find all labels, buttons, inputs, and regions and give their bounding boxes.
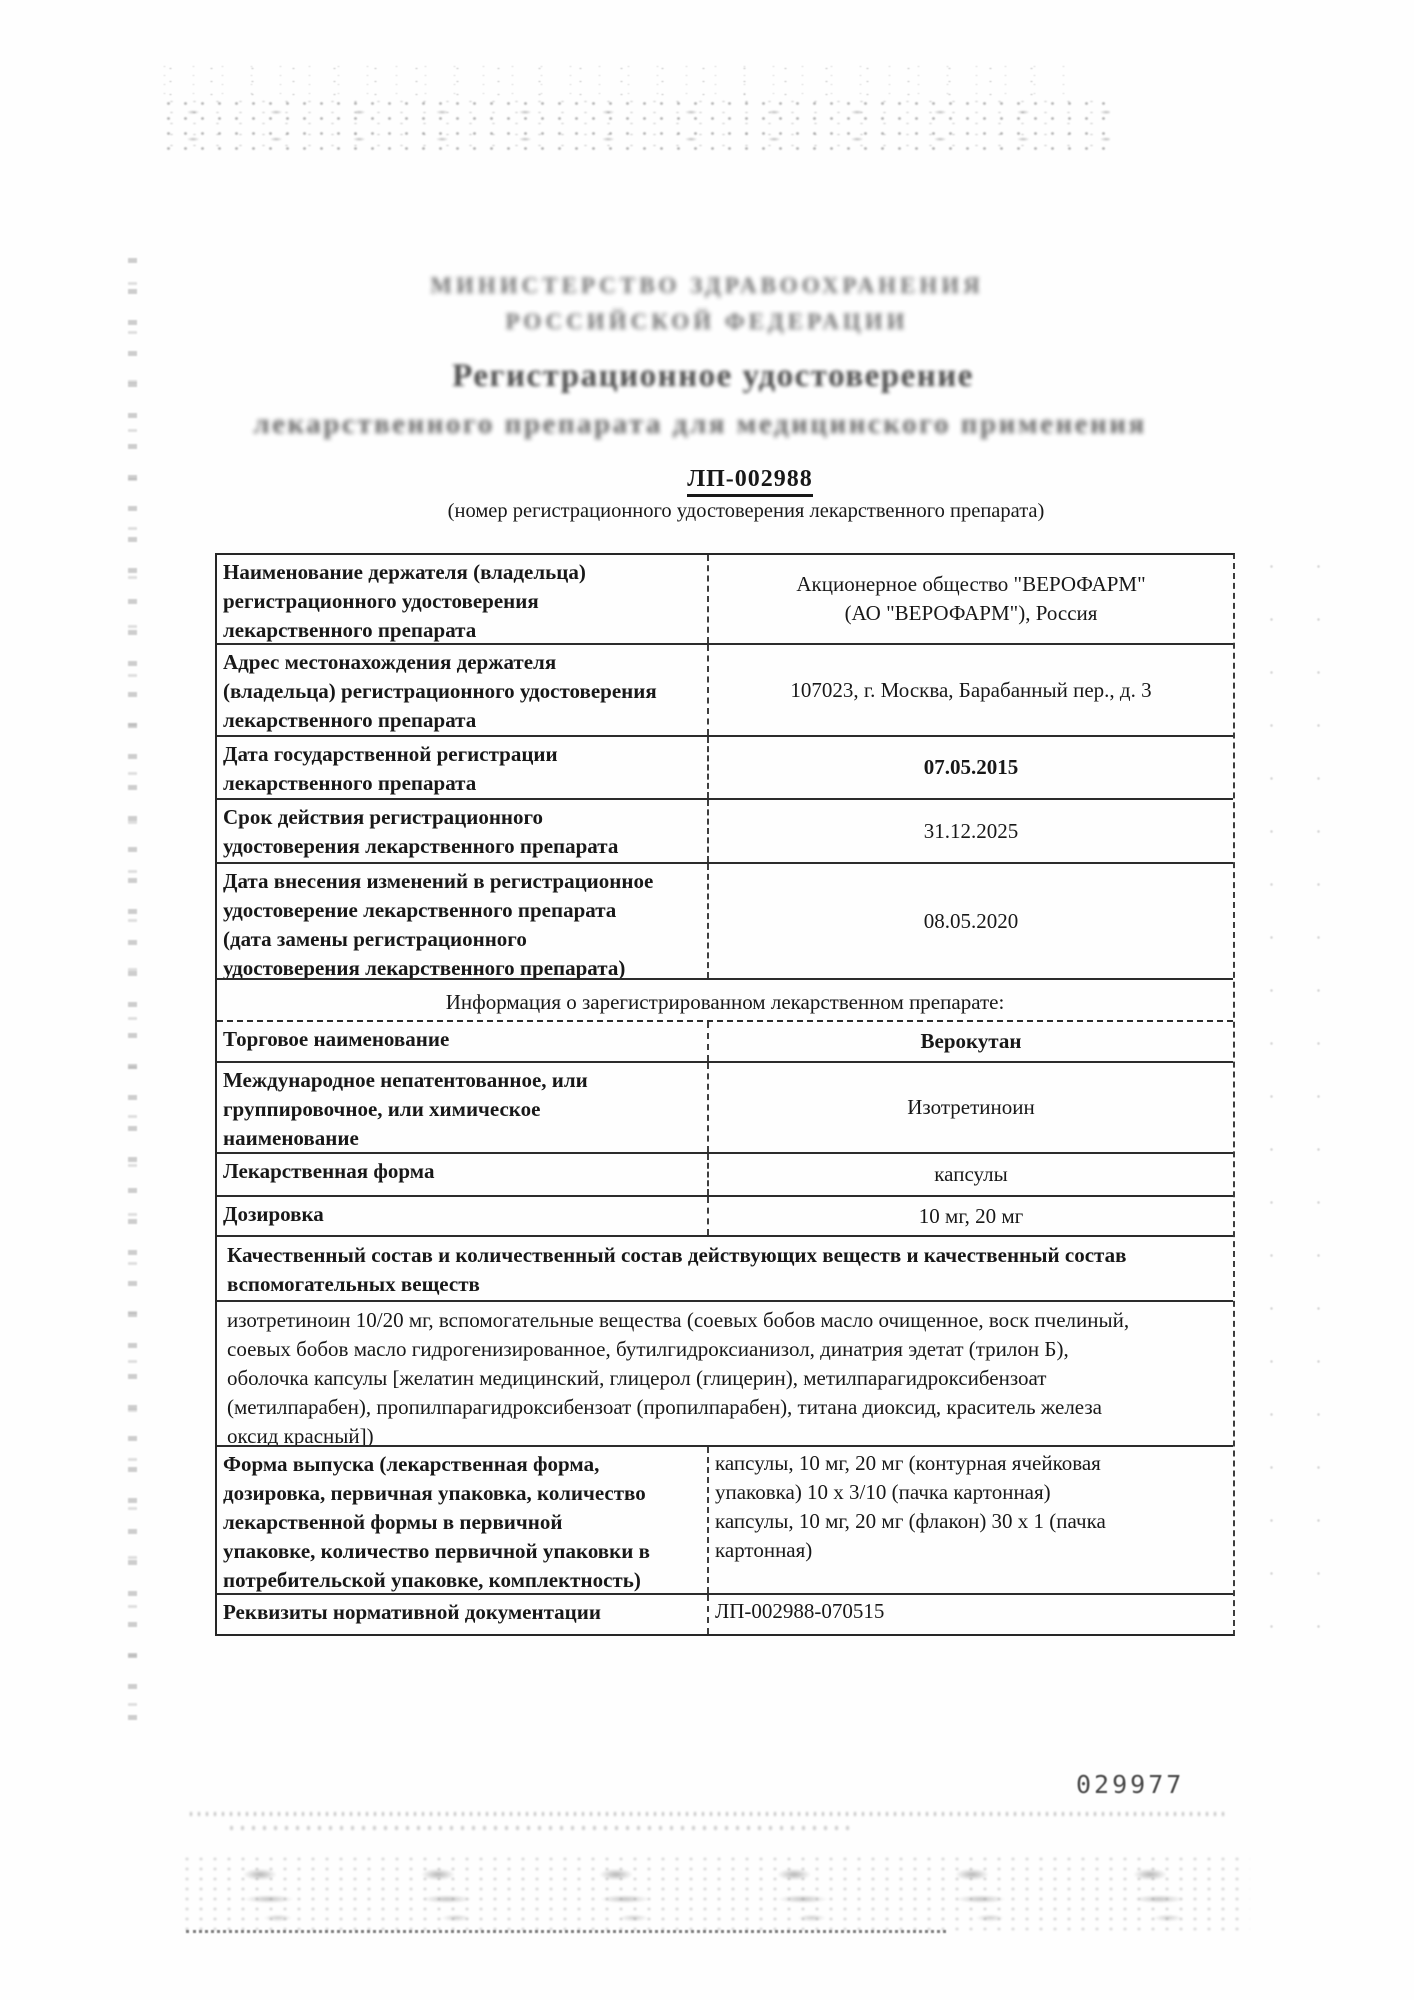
row-label: Срок действия регистрационного удостовер… — [217, 800, 709, 862]
table-row-release-form: Форма выпуска (лекарственная форма, дози… — [217, 1447, 1233, 1595]
table-row-holder-address: Адрес местонахождения держателя (владель… — [217, 645, 1233, 737]
row-value: капсулы, 10 мг, 20 мг (контурная ячейков… — [709, 1447, 1233, 1593]
row-value: капсулы — [709, 1154, 1233, 1195]
table-row-trade-name: Торговое наименование Верокутан — [217, 1022, 1233, 1063]
table-row-validity-date: Срок действия регистрационного удостовер… — [217, 800, 1233, 864]
table-row-amendment-date: Дата внесения изменений в регистрационно… — [217, 864, 1233, 980]
table-row-holder-name: Наименование держателя (владельца) регис… — [217, 555, 1233, 645]
row-label: Дата государственной регистрации лекарст… — [217, 737, 709, 798]
scan-noise-microtext-line — [190, 1812, 1230, 1816]
scan-noise-microtext-line-2 — [230, 1826, 850, 1830]
row-label: Адрес местонахождения держателя (владель… — [217, 645, 709, 735]
document-title: Регистрационное удостоверение — [6, 358, 1414, 395]
registration-number-caption: (номер регистрационного удостоверения ле… — [39, 500, 1414, 523]
composition-text: изотретиноин 10/20 мг, вспомогательные в… — [217, 1302, 1233, 1445]
row-label: Дата внесения изменений в регистрационно… — [217, 864, 709, 978]
table-row-dosage-form: Лекарственная форма капсулы — [217, 1154, 1233, 1197]
row-value: 08.05.2020 — [709, 864, 1233, 978]
table-row-normative-docs: Реквизиты нормативной документации ЛП-00… — [217, 1595, 1233, 1634]
registration-number: ЛП-002988 — [43, 466, 1414, 497]
row-label: Лекарственная форма — [217, 1154, 709, 1195]
table-section-composition-header: Качественный состав и количественный сос… — [217, 1237, 1233, 1302]
scan-noise-dotted-line — [186, 1930, 946, 1933]
row-value: 10 мг, 20 мг — [709, 1197, 1233, 1235]
row-label: Торговое наименование — [217, 1022, 709, 1061]
row-label: Форма выпуска (лекарственная форма, дози… — [217, 1447, 709, 1593]
composition-header-text: Качественный состав и количественный сос… — [217, 1237, 1233, 1300]
table-row-registration-date: Дата государственной регистрации лекарст… — [217, 737, 1233, 800]
registration-table: Наименование держателя (владельца) регис… — [215, 553, 1235, 1636]
row-label: Реквизиты нормативной документации — [217, 1595, 709, 1634]
row-value: 107023, г. Москва, Барабанный пер., д. 3 — [709, 645, 1233, 735]
row-label: Международное непатентованное, или групп… — [217, 1063, 709, 1152]
row-value: Верокутан — [709, 1022, 1233, 1061]
ministry-header: МИНИСТЕРСТВО ЗДРАВООХРАНЕНИЯ РОССИЙСКОЙ … — [0, 268, 1414, 340]
ministry-line-2: РОССИЙСКОЙ ФЕДЕРАЦИИ — [0, 304, 1414, 340]
table-row-inn-name: Международное непатентованное, или групп… — [217, 1063, 1233, 1154]
table-row-composition-text: изотретиноин 10/20 мг, вспомогательные в… — [217, 1302, 1233, 1447]
section-header-text: Информация о зарегистрированном лекарств… — [217, 980, 1233, 1020]
row-value: 07.05.2015 — [709, 737, 1233, 798]
row-value: 31.12.2025 — [709, 800, 1233, 862]
document-subtitle: лекарственного препарата для медицинског… — [0, 408, 1407, 441]
row-value: Акционерное общество "ВЕРОФАРМ" (АО "ВЕР… — [709, 555, 1233, 643]
stamp-serial-number: 029977 — [1076, 1770, 1184, 1799]
row-label: Наименование держателя (владельца) регис… — [217, 555, 709, 643]
table-section-info-header: Информация о зарегистрированном лекарств… — [217, 980, 1233, 1022]
scan-noise-stamp-band — [180, 1854, 1250, 1936]
ministry-line-1: МИНИСТЕРСТВО ЗДРАВООХРАНЕНИЯ — [0, 268, 1414, 304]
row-value: ЛП-002988-070515 — [709, 1595, 1233, 1634]
row-value: Изотретиноин — [709, 1063, 1233, 1152]
document-content: МИНИСТЕРСТВО ЗДРАВООХРАНЕНИЯ РОССИЙСКОЙ … — [0, 0, 1414, 2000]
table-row-dosage: Дозировка 10 мг, 20 мг — [217, 1197, 1233, 1237]
row-label: Дозировка — [217, 1197, 709, 1235]
scanned-document-page: МИНИСТЕРСТВО ЗДРАВООХРАНЕНИЯ РОССИЙСКОЙ … — [0, 0, 1414, 2000]
